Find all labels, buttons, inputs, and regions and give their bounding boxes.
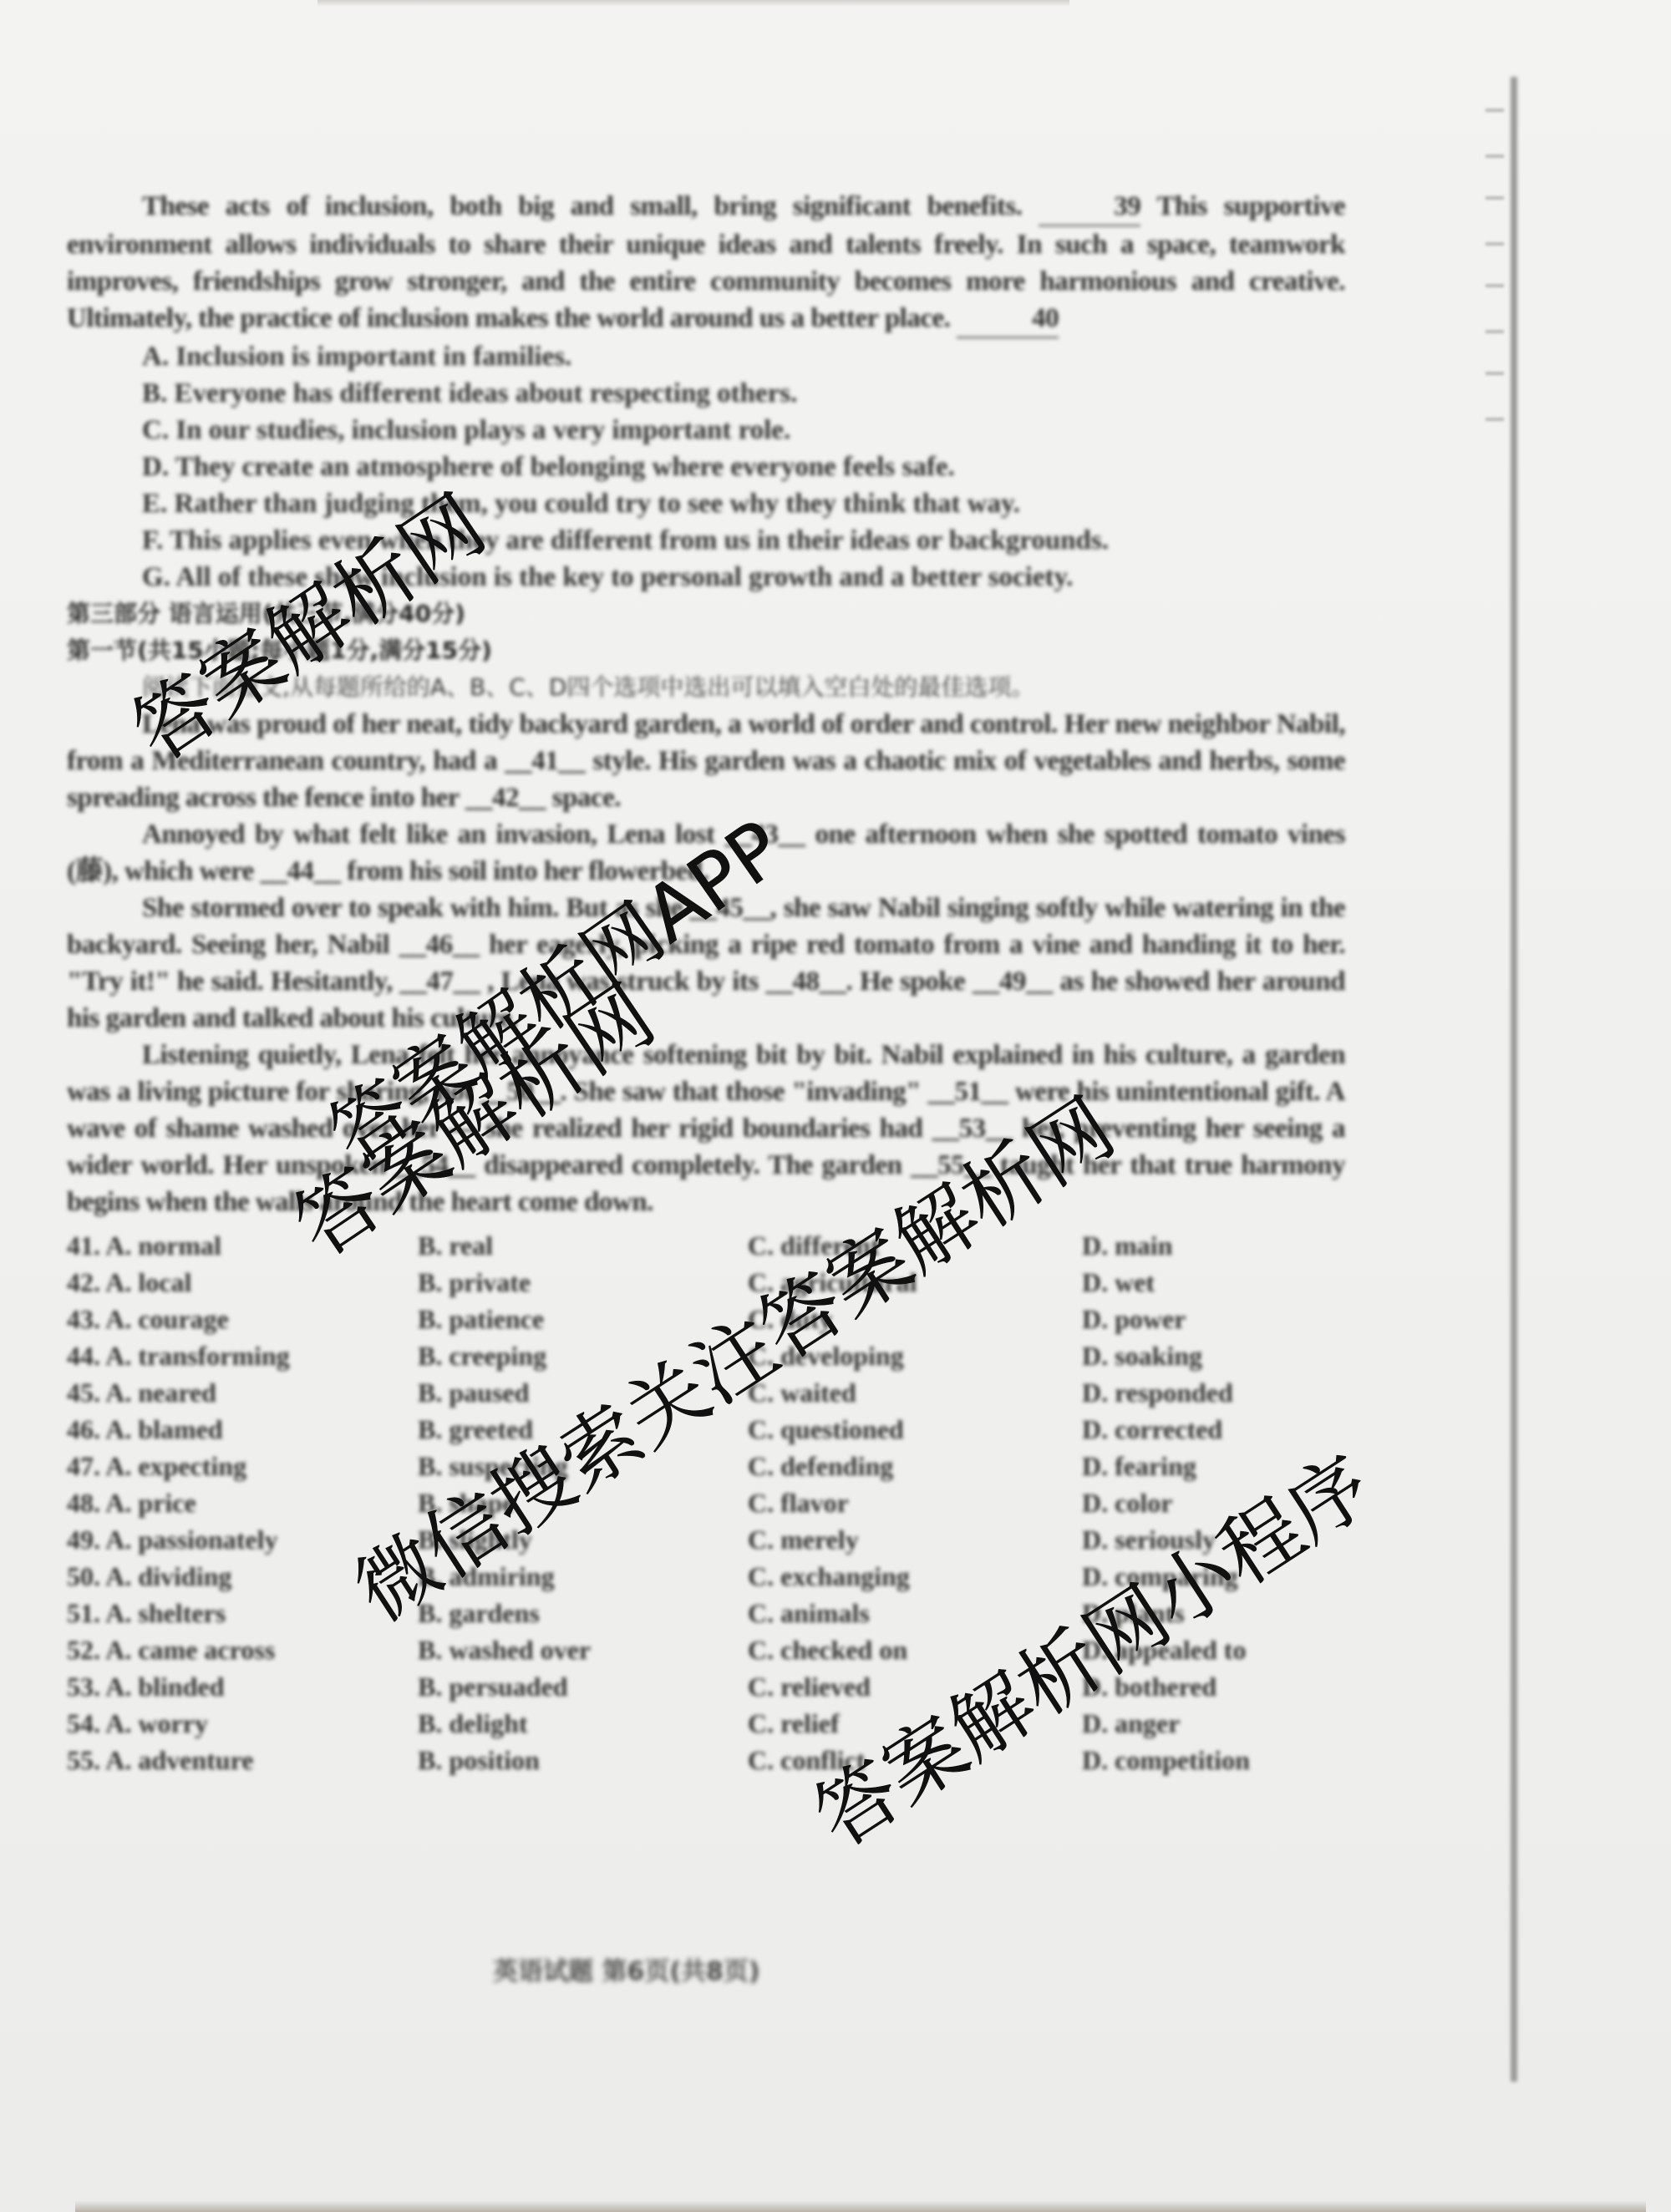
choice-option-a: A. blamed xyxy=(105,1414,222,1444)
question-number: 46. xyxy=(67,1414,100,1444)
question-number: 52. xyxy=(67,1635,100,1665)
choice-option: D. wet xyxy=(1082,1264,1333,1301)
passage-end-paragraph: These acts of inclusion, both big and sm… xyxy=(67,188,1345,338)
choice-option: B. gardens xyxy=(418,1595,748,1631)
question-number: 43. xyxy=(67,1304,100,1334)
option-b: B. Everyone has different ideas about re… xyxy=(142,375,1345,412)
margin-tick xyxy=(1486,372,1504,375)
choice-option: C. defending xyxy=(748,1448,1082,1484)
margin-tick xyxy=(1486,196,1504,200)
choice-option: D. soaking xyxy=(1082,1337,1333,1374)
question-number: 51. xyxy=(67,1598,100,1628)
page-bottom-edge xyxy=(75,2200,1646,2212)
choice-option: D. anger xyxy=(1082,1705,1333,1742)
margin-tick xyxy=(1486,242,1504,246)
page-footer: 英语试题 第6页(共8页) xyxy=(493,1951,760,1987)
choice-cell: 45. A. neared xyxy=(67,1374,418,1411)
choice-option: C. flavor xyxy=(748,1484,1082,1521)
choice-row: 47. A. expectingB. suspectingC. defendin… xyxy=(67,1448,1345,1484)
choice-cell: 44. A. transforming xyxy=(67,1337,418,1374)
page-top-shadow xyxy=(317,0,1069,7)
question-number: 45. xyxy=(67,1377,100,1408)
choice-row: 41. A. normalB. realC. differentD. main xyxy=(67,1227,1345,1264)
choice-row: 55. A. adventureB. positionC. conflictD.… xyxy=(67,1742,1345,1778)
choice-option: B. real xyxy=(418,1227,748,1264)
choice-option-a: A. price xyxy=(105,1488,196,1518)
choice-option-a: A. transforming xyxy=(105,1341,289,1371)
margin-tick xyxy=(1486,330,1504,333)
choice-cell: 43. A. courage xyxy=(67,1301,418,1337)
question-number: 50. xyxy=(67,1561,100,1591)
question-number: 41. xyxy=(67,1230,100,1261)
binding-margin-line xyxy=(1511,77,1517,2082)
choice-option-a: A. blinded xyxy=(105,1672,224,1702)
choice-option-a: A. adventure xyxy=(105,1745,253,1775)
choice-option-a: A. passionately xyxy=(105,1525,277,1555)
margin-tick xyxy=(1486,418,1504,421)
choice-option: B. delight xyxy=(418,1705,748,1742)
blank-39: 39 xyxy=(1039,188,1140,226)
choice-option: B. private xyxy=(418,1264,748,1301)
question-number: 48. xyxy=(67,1488,100,1518)
choice-option: B. washed over xyxy=(418,1631,748,1668)
choice-option-a: A. neared xyxy=(105,1377,216,1408)
choice-option-a: A. normal xyxy=(105,1230,221,1261)
choice-cell: 48. A. price xyxy=(67,1484,418,1521)
choice-option: C. exchanging xyxy=(748,1558,1082,1595)
cloze-paragraph: Listening quietly, Lena felt her annoyan… xyxy=(67,1037,1345,1220)
margin-tick xyxy=(1486,155,1504,158)
option-c: C. In our studies, inclusion plays a ver… xyxy=(142,412,1345,449)
choice-cell: 46. A. blamed xyxy=(67,1411,418,1448)
question-number: 44. xyxy=(67,1341,100,1371)
option-a: A. Inclusion is important in families. xyxy=(142,338,1345,375)
choice-cell: 42. A. local xyxy=(67,1264,418,1301)
choice-row: 42. A. localB. privateC. agriculturalD. … xyxy=(67,1264,1345,1301)
margin-tick xyxy=(1486,109,1504,112)
question-number: 49. xyxy=(67,1525,100,1555)
choice-option: B. persuaded xyxy=(418,1668,748,1705)
choice-option-a: A. dividing xyxy=(105,1561,231,1591)
choice-cell: 52. A. came across xyxy=(67,1631,418,1668)
choice-row: 54. A. worryB. delightC. reliefD. anger xyxy=(67,1705,1345,1742)
margin-tick xyxy=(1486,284,1504,287)
question-number: 53. xyxy=(67,1672,100,1702)
option-e: E. Rather than judging them, you could t… xyxy=(142,485,1345,522)
choice-cell: 55. A. adventure xyxy=(67,1742,418,1778)
choice-option-a: A. courage xyxy=(105,1304,229,1334)
passage-text: These acts of inclusion, both big and sm… xyxy=(142,191,1022,221)
choice-option: D. competition xyxy=(1082,1742,1333,1778)
choice-option-a: A. worry xyxy=(105,1708,208,1738)
choice-cell: 54. A. worry xyxy=(67,1705,418,1742)
choice-row: 53. A. blindedB. persuadedC. relievedD. … xyxy=(67,1668,1345,1705)
choice-option: D. main xyxy=(1082,1227,1333,1264)
exam-page: These acts of inclusion, both big and sm… xyxy=(0,0,1671,2212)
choice-cell: 53. A. blinded xyxy=(67,1668,418,1705)
choice-option: B. position xyxy=(418,1742,748,1778)
choice-option: C. questioned xyxy=(748,1411,1082,1448)
choice-row: 48. A. priceB. shapeC. flavorD. color xyxy=(67,1484,1345,1521)
choice-option-a: A. came across xyxy=(105,1635,275,1665)
choice-option: D. responded xyxy=(1082,1374,1333,1411)
option-d: D. They create an atmosphere of belongin… xyxy=(142,449,1345,485)
question-number: 42. xyxy=(67,1267,100,1297)
choice-option-a: A. shelters xyxy=(105,1598,226,1628)
question-number: 47. xyxy=(67,1451,100,1481)
choice-cell: 47. A. expecting xyxy=(67,1448,418,1484)
choice-option: C. merely xyxy=(748,1521,1082,1558)
choice-option: D. power xyxy=(1082,1301,1333,1337)
choice-option: D. corrected xyxy=(1082,1411,1333,1448)
choice-option-a: A. local xyxy=(105,1267,191,1297)
question-number: 55. xyxy=(67,1745,100,1775)
choice-option-a: A. expecting xyxy=(105,1451,246,1481)
question-number: 54. xyxy=(67,1708,100,1738)
blank-40: 40 xyxy=(957,300,1059,338)
